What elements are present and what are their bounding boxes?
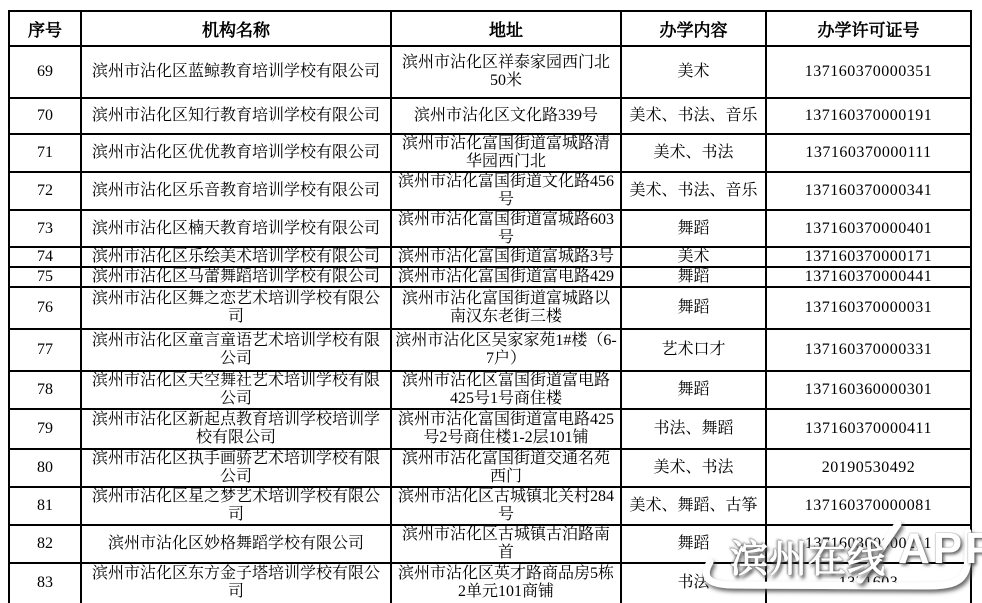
cell-serial: 69 [9, 46, 81, 98]
cell-address: 滨州市沾化富国街道富城路清华园西门北 [391, 134, 621, 172]
cell-license-number: 137160370000341 [766, 172, 971, 210]
cell-institution-name: 滨州市沾化区蓝鲸教育培训学校有限公司 [81, 46, 391, 98]
cell-serial: 70 [9, 98, 81, 134]
cell-institution-name: 滨州市沾化区星之梦艺术培训学校有限公司 [81, 487, 391, 525]
cell-teaching-content: 美术、书法 [621, 449, 766, 487]
table-row: 71滨州市沾化区优优教育培训学校有限公司滨州市沾化富国街道富城路清华园西门北美术… [9, 134, 971, 172]
header-institution-name: 机构名称 [81, 11, 391, 46]
cell-teaching-content: 美术、书法、音乐 [621, 98, 766, 134]
cell-address: 滨州市沾化富国街道富城路以南汉东老街三楼 [391, 287, 621, 329]
cell-license-number: 137160370000351 [766, 46, 971, 98]
cell-address: 滨州市沾化富国街道富电路425号2号商住楼1-2层101铺 [391, 409, 621, 449]
cell-address: 滨州市沾化区文化路339号 [391, 98, 621, 134]
cell-address: 滨州市沾化富国街道富城路3号 [391, 247, 621, 267]
cell-serial: 72 [9, 172, 81, 210]
cell-teaching-content: 艺术口才 [621, 329, 766, 371]
table-row: 83滨州市沾化区东方金子塔培训学校有限公司滨州市沾化区英才路商品房5栋2单元10… [9, 563, 971, 603]
cell-serial: 83 [9, 563, 81, 603]
table-row: 80滨州市沾化区执手画骄艺术培训学校有限公司滨州市沾化富国街道交通名苑西门美术、… [9, 449, 971, 487]
table-row: 74滨州市沾化区乐绘美术培训学校有限公司滨州市沾化富国街道富城路3号美术1371… [9, 247, 971, 267]
cell-license-number: 137160370000081 [766, 487, 971, 525]
cell-address: 滨州市沾化富国街道富城路603号 [391, 210, 621, 248]
cell-serial: 78 [9, 371, 81, 409]
cell-license-number: 137160360000301 [766, 371, 971, 409]
cell-teaching-content: 美术、舞蹈、古筝 [621, 487, 766, 525]
table-header-row: 序号 机构名称 地址 办学内容 办学许可证号 [9, 11, 971, 46]
cell-institution-name: 滨州市沾化区知行教育培训学校有限公司 [81, 98, 391, 134]
cell-teaching-content: 美术 [621, 247, 766, 267]
cell-serial: 79 [9, 409, 81, 449]
cell-teaching-content: 舞蹈 [621, 525, 766, 563]
cell-address: 滨州市沾化富国街道富电路429 [391, 267, 621, 287]
cell-institution-name: 滨州市沾化区优优教育培训学校有限公司 [81, 134, 391, 172]
cell-license-number: 137160370000401 [766, 210, 971, 248]
cell-address: 滨州市沾化区富国街道富电路425号1号商住楼 [391, 371, 621, 409]
cell-serial: 71 [9, 134, 81, 172]
cell-teaching-content: 书法 [621, 563, 766, 603]
cell-address: 滨州市沾化区古城镇古泊路南首 [391, 525, 621, 563]
cell-teaching-content: 舞蹈 [621, 267, 766, 287]
cell-license-number: 137160370000441 [766, 267, 971, 287]
cell-institution-name: 滨州市沾化区楠天教育培训学校有限公司 [81, 210, 391, 248]
table-row: 79滨州市沾化区新起点教育培训学校培训学校有限公司滨州市沾化富国街道富电路425… [9, 409, 971, 449]
table-row: 77滨州市沾化区童言童语艺术培训学校有限公司滨州市沾化区吴家家苑1#楼（6-7户… [9, 329, 971, 371]
header-license-number: 办学许可证号 [766, 11, 971, 46]
table-row: 72滨州市沾化区乐音教育培训学校有限公司滨州市沾化富国街道文化路456号美术、书… [9, 172, 971, 210]
header-address: 地址 [391, 11, 621, 46]
cell-license-number: 137160370000191 [766, 98, 971, 134]
table-row: 70滨州市沾化区知行教育培训学校有限公司滨州市沾化区文化路339号美术、书法、音… [9, 98, 971, 134]
page: 序号 机构名称 地址 办学内容 办学许可证号 69滨州市沾化区蓝鲸教育培训学校有… [0, 0, 982, 603]
cell-license-number: 137160360000211 [766, 525, 971, 563]
cell-license-number: 137160370000031 [766, 287, 971, 329]
cell-address: 滨州市沾化富国街道文化路456号 [391, 172, 621, 210]
cell-institution-name: 滨州市沾化区新起点教育培训学校培训学校有限公司 [81, 409, 391, 449]
cell-serial: 77 [9, 329, 81, 371]
header-teaching-content: 办学内容 [621, 11, 766, 46]
cell-institution-name: 滨州市沾化区妙格舞蹈学校有限公司 [81, 525, 391, 563]
table-row: 81滨州市沾化区星之梦艺术培训学校有限公司滨州市沾化区古城镇北关村284号美术、… [9, 487, 971, 525]
cell-address: 滨州市沾化区祥泰家园西门北50米 [391, 46, 621, 98]
cell-teaching-content: 美术、书法 [621, 134, 766, 172]
cell-license-number: 1371603 [766, 563, 971, 603]
cell-address: 滨州市沾化区吴家家苑1#楼（6-7户） [391, 329, 621, 371]
table-row: 78滨州市沾化区天空舞社艺术培训学校有限公司滨州市沾化区富国街道富电路425号1… [9, 371, 971, 409]
cell-address: 滨州市沾化富国街道交通名苑西门 [391, 449, 621, 487]
institutions-table: 序号 机构名称 地址 办学内容 办学许可证号 69滨州市沾化区蓝鲸教育培训学校有… [8, 10, 972, 603]
cell-institution-name: 滨州市沾化区东方金子塔培训学校有限公司 [81, 563, 391, 603]
cell-serial: 80 [9, 449, 81, 487]
cell-institution-name: 滨州市沾化区乐绘美术培训学校有限公司 [81, 247, 391, 267]
cell-serial: 82 [9, 525, 81, 563]
cell-serial: 81 [9, 487, 81, 525]
cell-teaching-content: 美术、书法、音乐 [621, 172, 766, 210]
cell-institution-name: 滨州市沾化区天空舞社艺术培训学校有限公司 [81, 371, 391, 409]
cell-teaching-content: 美术 [621, 46, 766, 98]
table-row: 73滨州市沾化区楠天教育培训学校有限公司滨州市沾化富国街道富城路603号舞蹈13… [9, 210, 971, 248]
cell-serial: 76 [9, 287, 81, 329]
cell-license-number: 137160370000111 [766, 134, 971, 172]
cell-teaching-content: 舞蹈 [621, 371, 766, 409]
cell-institution-name: 滨州市沾化区马蕾舞蹈培训学校有限公司 [81, 267, 391, 287]
table-row: 69滨州市沾化区蓝鲸教育培训学校有限公司滨州市沾化区祥泰家园西门北50米美术13… [9, 46, 971, 98]
cell-institution-name: 滨州市沾化区童言童语艺术培训学校有限公司 [81, 329, 391, 371]
header-serial: 序号 [9, 11, 81, 46]
cell-address: 滨州市沾化区古城镇北关村284号 [391, 487, 621, 525]
cell-serial: 73 [9, 210, 81, 248]
table-row: 82滨州市沾化区妙格舞蹈学校有限公司滨州市沾化区古城镇古泊路南首舞蹈137160… [9, 525, 971, 563]
cell-license-number: 20190530492 [766, 449, 971, 487]
cell-license-number: 137160370000411 [766, 409, 971, 449]
cell-address: 滨州市沾化区英才路商品房5栋2单元101商铺 [391, 563, 621, 603]
cell-serial: 75 [9, 267, 81, 287]
table-row: 76滨州市沾化区舞之恋艺术培训学校有限公司滨州市沾化富国街道富城路以南汉东老街三… [9, 287, 971, 329]
cell-institution-name: 滨州市沾化区舞之恋艺术培训学校有限公司 [81, 287, 391, 329]
cell-teaching-content: 书法、舞蹈 [621, 409, 766, 449]
cell-serial: 74 [9, 247, 81, 267]
cell-institution-name: 滨州市沾化区执手画骄艺术培训学校有限公司 [81, 449, 391, 487]
cell-license-number: 137160370000171 [766, 247, 971, 267]
cell-teaching-content: 舞蹈 [621, 287, 766, 329]
table-row: 75滨州市沾化区马蕾舞蹈培训学校有限公司滨州市沾化富国街道富电路429舞蹈137… [9, 267, 971, 287]
cell-license-number: 137160370000331 [766, 329, 971, 371]
cell-teaching-content: 舞蹈 [621, 210, 766, 248]
cell-institution-name: 滨州市沾化区乐音教育培训学校有限公司 [81, 172, 391, 210]
